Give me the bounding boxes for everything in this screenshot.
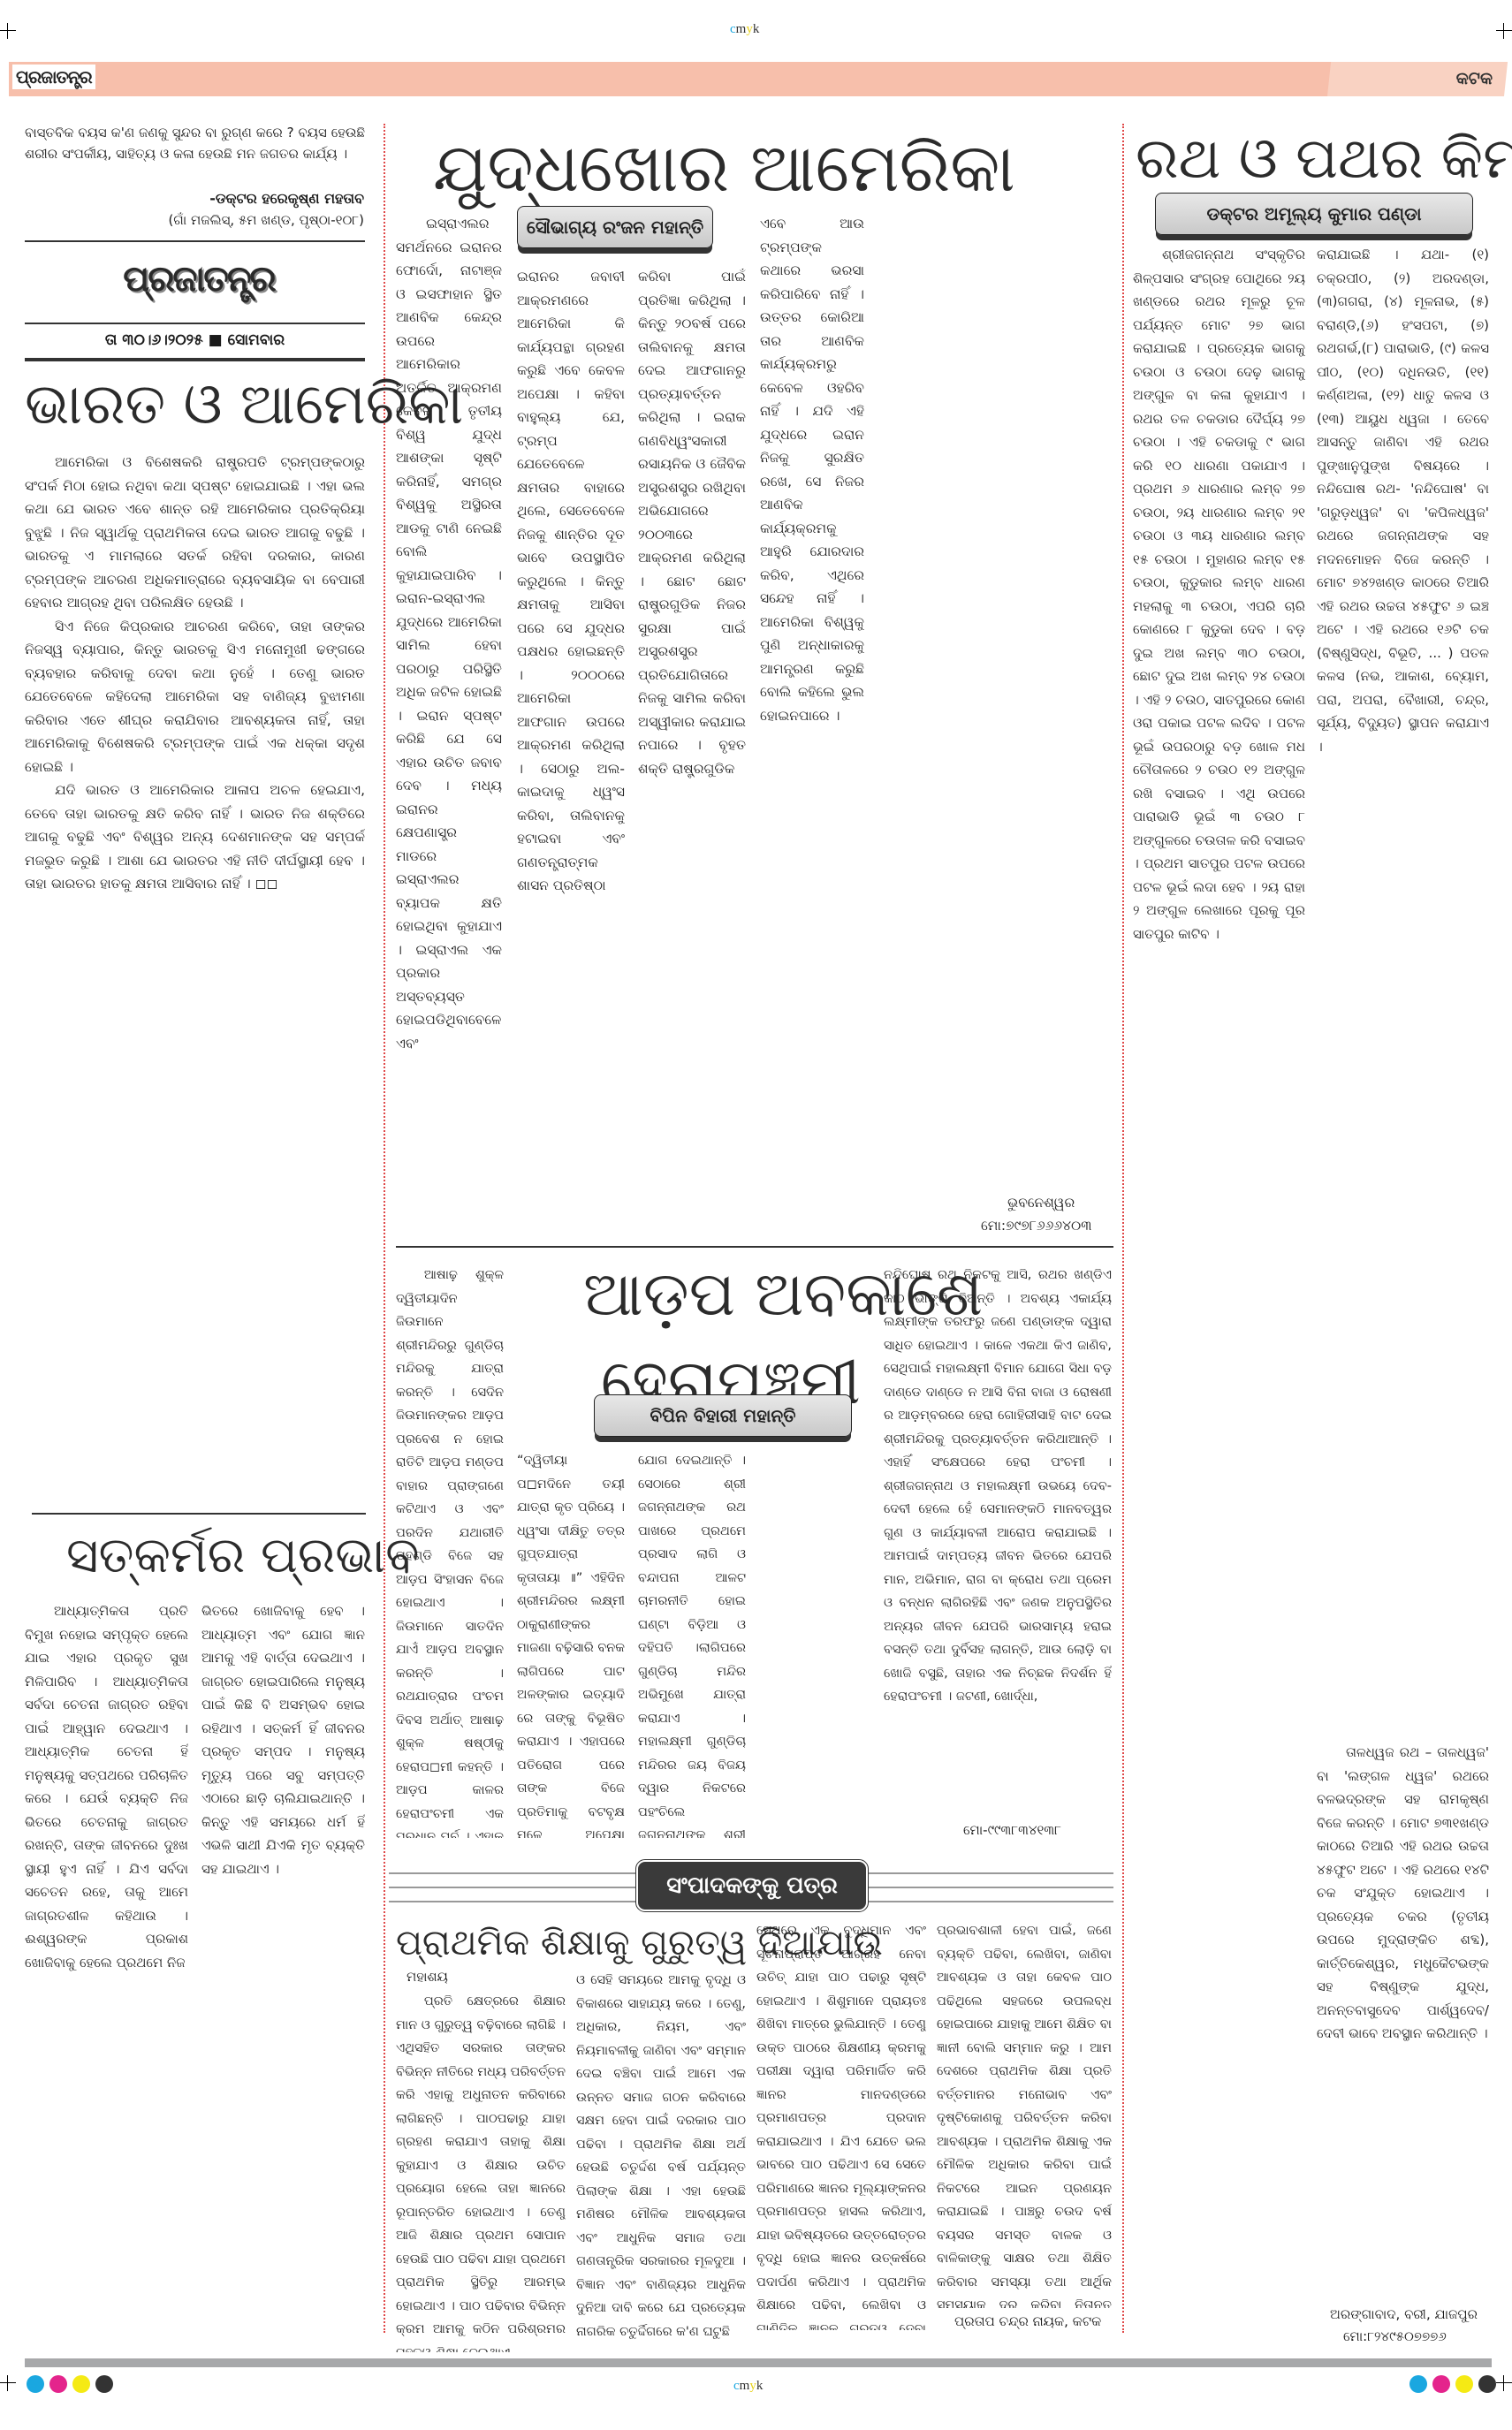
letter-paragraph: ଓ ସେହି ସମୟରେ ଆମକୁ ବୃଦ୍ଧି ଓ ବିକାଶରେ ସାହାଯ… bbox=[576, 1969, 746, 2343]
hera-article-col-1: ଆଷାଢ଼ ଶୁକ୍ଳ ଦ୍ୱିତୀୟାଦିନ ଜିଉମାନେ ଶ୍ରୀମନ୍ଦ… bbox=[396, 1264, 504, 1838]
black-dot bbox=[1478, 2375, 1496, 2393]
footer-bar bbox=[25, 2358, 1492, 2367]
column-paragraph: ଆଧ୍ୟାତ୍ମିକତା ପ୍ରତି ବିମୁଖ ନହୋଇ ସମ୍ପୃକ୍ତ ହ… bbox=[25, 1599, 188, 1974]
war-article-headline: ଯୁଦ୍ଧଖୋର ଆମେରିକା bbox=[433, 124, 1015, 212]
ratha-article-col-1: ଶ୍ରୀଜଗନ୍ନାଥ ସଂସ୍କୃତିର ଶିଳ୍ପସାର ସଂଗ୍ରହ ପୋ… bbox=[1133, 243, 1305, 2337]
registration-dots-right bbox=[1409, 2375, 1496, 2393]
quote-of-the-day: ବାସ୍ତବିକ ବୟସ କ'ଣ ଜଣକୁ ସୁନ୍ଦର ବା ରୁଗ୍ଣ କର… bbox=[25, 122, 365, 164]
letter-col-1: ପ୍ରତି କ୍ଷେତ୍ରରେ ଶିକ୍ଷାର ମାନ ଓ ଗୁରୁତ୍ୱ ବଢ… bbox=[396, 1990, 566, 2352]
hera-article-col-3: ଯୋଗ ଦେଇଥାନ୍ତି । ସେଠାରେ ଶ୍ରୀ ଜଗନ୍ନାଥଙ୍କ ର… bbox=[638, 1449, 746, 1838]
divider bbox=[396, 1246, 1113, 1248]
divider bbox=[25, 358, 365, 361]
ratha-article-col-3: ତାଳଧ୍ୱଜ ରଥ – ତାଳଧ୍ୱଜ' ବା 'ଲଙ୍ଗଳ ଧ୍ୱଜ' ରଥ… bbox=[1317, 1741, 1489, 2271]
black-dot bbox=[95, 2375, 113, 2393]
divider bbox=[32, 1513, 366, 1515]
letter-signature: ପ୍ରତାପ ଚନ୍ଦ୍ର ନାୟକ, କଟକ bbox=[954, 2313, 1101, 2329]
letter-col-3: ସେଥିରେ ଏକ ବୁଦ୍ଧିମାନ ଏବଂ ସୂଚନାପ୍ରାପ୍ତ ଆଗ୍… bbox=[756, 1919, 926, 2330]
hera-article-col-2: “ଦ୍ୱିତୀୟା ପ◻ମଦିନେ ତୟୀ ଯାତ୍ରା କୃତ ପ୍ରିୟେ … bbox=[517, 1449, 625, 1838]
war-article-location: ଭୁବନେଶ୍ୱର bbox=[1007, 1195, 1075, 1211]
masthead-logo: ପ୍ରଜାତନ୍ତ୍ର bbox=[106, 258, 292, 300]
column-separator-right bbox=[1122, 124, 1124, 2333]
editorial-paragraph: ସିଏ ନିଜେ କିପ୍ରକାର ଆଚରଣ କରିବେ, ତାହା ତାଙ୍କ… bbox=[25, 615, 365, 779]
crop-mark-top-right bbox=[1496, 23, 1512, 39]
war-article-paragraph: ଇରାନର ଜବାବୀ ଆକ୍ରମଣରେ ଆମେରିକା କି କାର୍ଯ୍ୟପ… bbox=[517, 265, 625, 898]
hera-article-col-4: ନନ୍ଦିଘୋଷ ରଥ ନିକଟକୁ ଆସି, ରଥର ଖଣ୍ଡିଏ କାଠ ଭ… bbox=[884, 1264, 1112, 1811]
ratha-article-byline: ଡକ୍ଟର ଅମୂଲ୍ୟ କୁମାର ପଣ୍ଡା bbox=[1155, 193, 1473, 235]
editorial-body: ଆମେରିକା ଓ ବିଶେଷକରି ରାଷ୍ଟ୍ରପତି ଟ୍ରମ୍ପଙ୍କଠ… bbox=[25, 451, 365, 1502]
header-city: କଟକ bbox=[1456, 69, 1493, 88]
letter-col-2: ଓ ସେହି ସମୟରେ ଆମକୁ ବୃଦ୍ଧି ଓ ବିକାଶରେ ସାହାଯ… bbox=[576, 1969, 746, 2352]
ratha-article-paragraph: କରାଯାଇଛି । ଯଥା- (୧) ଚକ୍ରପୀଠ, (୨) ଅରଦଣ୍ଡା… bbox=[1317, 243, 1489, 758]
letter-paragraph: ସେଥିରେ ଏକ ବୁଦ୍ଧିମାନ ଏବଂ ସୂଚନାପ୍ରାପ୍ତ ଆଗ୍… bbox=[756, 1919, 926, 2330]
war-article-phone: ମୋ:୭୯୭୮୬୬୬୪୦୩ bbox=[981, 1218, 1091, 1234]
hera-article-paragraph: ଯୋଗ ଦେଇଥାନ୍ତି । ସେଠାରେ ଶ୍ରୀ ଜଗନ୍ନାଥଙ୍କ ର… bbox=[638, 1449, 746, 1838]
yellow-dot bbox=[1455, 2375, 1473, 2393]
letter-paragraph: ପ୍ରତି କ୍ଷେତ୍ରରେ ଶିକ୍ଷାର ମାନ ଓ ଗୁରୁତ୍ୱ ବଢ… bbox=[396, 1990, 566, 2352]
war-article-paragraph: କରିବା ପାଇଁ ପ୍ରତିଜ୍ଞା କରିଥିଲା । କିନ୍ତୁ ୨୦… bbox=[638, 265, 746, 780]
hera-article-byline: ବିପିନ ବିହାରୀ ମହାନ୍ତି bbox=[594, 1394, 852, 1437]
war-article-col-1: ଇସ୍ରାଏଲର ସମର୍ଥନରେ ଇରାନର ଫୋର୍ଦୋ, ନାଟାଞ୍ଜ … bbox=[396, 212, 502, 1122]
registration-dots-left bbox=[27, 2375, 113, 2393]
letter-paragraph: ପ୍ରଭାବଶାଳୀ ହେବା ପାଇଁ, ଜଣେ ବ୍ୟକ୍ତି ପଢିବା,… bbox=[937, 1919, 1112, 2308]
ratha-article-paragraph: ଶ୍ରୀଜଗନ୍ନାଥ ସଂସ୍କୃତିର ଶିଳ୍ପସାର ସଂଗ୍ରହ ପୋ… bbox=[1133, 243, 1305, 945]
ratha-article-paragraph: ତାଳଧ୍ୱଜ ରଥ – ତାଳଧ୍ୱଜ' ବା 'ଲଙ୍ଗଳ ଧ୍ୱଜ' ରଥ… bbox=[1317, 1741, 1489, 2046]
ratha-article-col-2: କରାଯାଇଛି । ଯଥା- (୧) ଚକ୍ରପୀଠ, (୨) ଅରଦଣ୍ଡା… bbox=[1317, 243, 1489, 1736]
divider bbox=[25, 240, 365, 242]
quote-source: (ଗାଁ ମଜଲିସ୍, ୫ମ ଖଣ୍ଡ, ପୃଷ୍ଠା-୧୦୮) bbox=[133, 212, 364, 228]
war-article-byline: ସୌଭାଗ୍ୟ ରଂଜନ ମହାନ୍ତି bbox=[517, 206, 713, 248]
cmyk-mark-bottom: cmyk bbox=[733, 2379, 763, 2394]
column-paragraph: ଭିତରେ ଖୋଜିବାକୁ ହେବ । ଆଧ୍ୟାତ୍ମ ଏବଂ ଯୋଗ ଜ୍… bbox=[201, 1599, 365, 1880]
hera-article-phone: ମୋ-୯୯୩୮୩୪୧୩୮ bbox=[963, 1822, 1061, 1838]
letters-section-banner: ସଂପାଦକଙ୍କୁ ପତ୍ର bbox=[389, 1860, 1113, 1913]
war-article-col-4: ଏବେ ଆଉ ଟ୍ରମ୍ପଙ୍କ କଥାରେ ଭରସା କରିପାରିବେ ନା… bbox=[760, 212, 864, 1060]
dateline: ତା ୩୦।୬।୨୦୨୫ ■ ସୋମବାର bbox=[25, 331, 365, 349]
column-body-left: ଆଧ୍ୟାତ୍ମିକତା ପ୍ରତି ବିମୁଖ ନହୋଇ ସମ୍ପୃକ୍ତ ହ… bbox=[25, 1599, 188, 2333]
editorial-paragraph: ଯଦି ଭାରତ ଓ ଆମେରିକାର ଆଳାପ ଅଚଳ ହେଇଯାଏ, ତେବ… bbox=[25, 778, 365, 896]
page-header-band bbox=[9, 62, 1504, 96]
yellow-dot bbox=[72, 2375, 90, 2393]
crop-mark-top-left bbox=[0, 23, 16, 39]
crop-mark-bottom-left bbox=[0, 2375, 16, 2391]
letters-banner-title: ସଂପାଦକଙ୍କୁ ପତ୍ର bbox=[636, 1860, 868, 1911]
hera-article-paragraph: ଆଷାଢ଼ ଶୁକ୍ଳ ଦ୍ୱିତୀୟାଦିନ ଜିଉମାନେ ଶ୍ରୀମନ୍ଦ… bbox=[396, 1264, 504, 1838]
war-article-col-3: କରିବା ପାଇଁ ପ୍ରତିଜ୍ଞା କରିଥିଲା । କିନ୍ତୁ ୨୦… bbox=[638, 265, 746, 1122]
war-article-col-2: ଇରାନର ଜବାବୀ ଆକ୍ରମଣରେ ଆମେରିକା କି କାର୍ଯ୍ୟପ… bbox=[517, 265, 625, 1122]
ratha-article-phone: ମୋ:୮୨୪୯୫୦୭୭୭୬ bbox=[1343, 2328, 1447, 2344]
hera-article-paragraph: “ଦ୍ୱିତୀୟା ପ◻ମଦିନେ ତୟୀ ଯାତ୍ରା କୃତ ପ୍ରିୟେ … bbox=[517, 1449, 625, 1838]
cyan-dot bbox=[1409, 2375, 1427, 2393]
divider bbox=[25, 323, 365, 324]
cyan-dot bbox=[27, 2375, 44, 2393]
crop-mark-bottom-right bbox=[1496, 2375, 1512, 2391]
cmyk-mark-top: cmyk bbox=[730, 22, 759, 37]
ratha-article-location: ଅରଙ୍ଗାବାଦ, ବରୀ, ଯାଜପୁର bbox=[1330, 2306, 1478, 2322]
column-separator-left bbox=[384, 124, 385, 2333]
war-article-paragraph: ଇସ୍ରାଏଲର ସମର୍ଥନରେ ଇରାନର ଫୋର୍ଦୋ, ନାଟାଞ୍ଜ … bbox=[396, 212, 502, 1055]
quote-author: -ଡକ୍ଟର ହରେକୃଷ୍ଣ ମହତାବ bbox=[133, 190, 364, 208]
column-headline: ସତ୍‌କର୍ମର ପ୍ରଭାବ bbox=[66, 1524, 419, 1588]
letter-col-4: ପ୍ରଭାବଶାଳୀ ହେବା ପାଇଁ, ଜଣେ ବ୍ୟକ୍ତି ପଢିବା,… bbox=[937, 1919, 1112, 2308]
letter-salutation: ମହାଶୟ bbox=[406, 1969, 448, 1985]
magenta-dot bbox=[49, 2375, 67, 2393]
ratha-article-headline: ରଥ ଓ ପଥର କିମ୍ବଦନ୍ତୀ bbox=[1136, 124, 1512, 194]
war-article-paragraph: ଏବେ ଆଉ ଟ୍ରମ୍ପଙ୍କ କଥାରେ ଭରସା କରିପାରିବେ ନା… bbox=[760, 212, 864, 727]
magenta-dot bbox=[1432, 2375, 1450, 2393]
editorial-paragraph: ଆମେରିକା ଓ ବିଶେଷକରି ରାଷ୍ଟ୍ରପତି ଟ୍ରମ୍ପଙ୍କଠ… bbox=[25, 451, 365, 615]
hera-article-paragraph: ନନ୍ଦିଘୋଷ ରଥ ନିକଟକୁ ଆସି, ରଥର ଖଣ୍ଡିଏ କାଠ ଭ… bbox=[884, 1264, 1112, 1709]
column-body-right: ଭିତରେ ଖୋଜିବାକୁ ହେବ । ଆଧ୍ୟାତ୍ମ ଏବଂ ଯୋଗ ଜ୍… bbox=[201, 1599, 365, 2333]
header-brand-logo: ପ୍ରଜାତନ୍ତ୍ର bbox=[12, 65, 95, 89]
